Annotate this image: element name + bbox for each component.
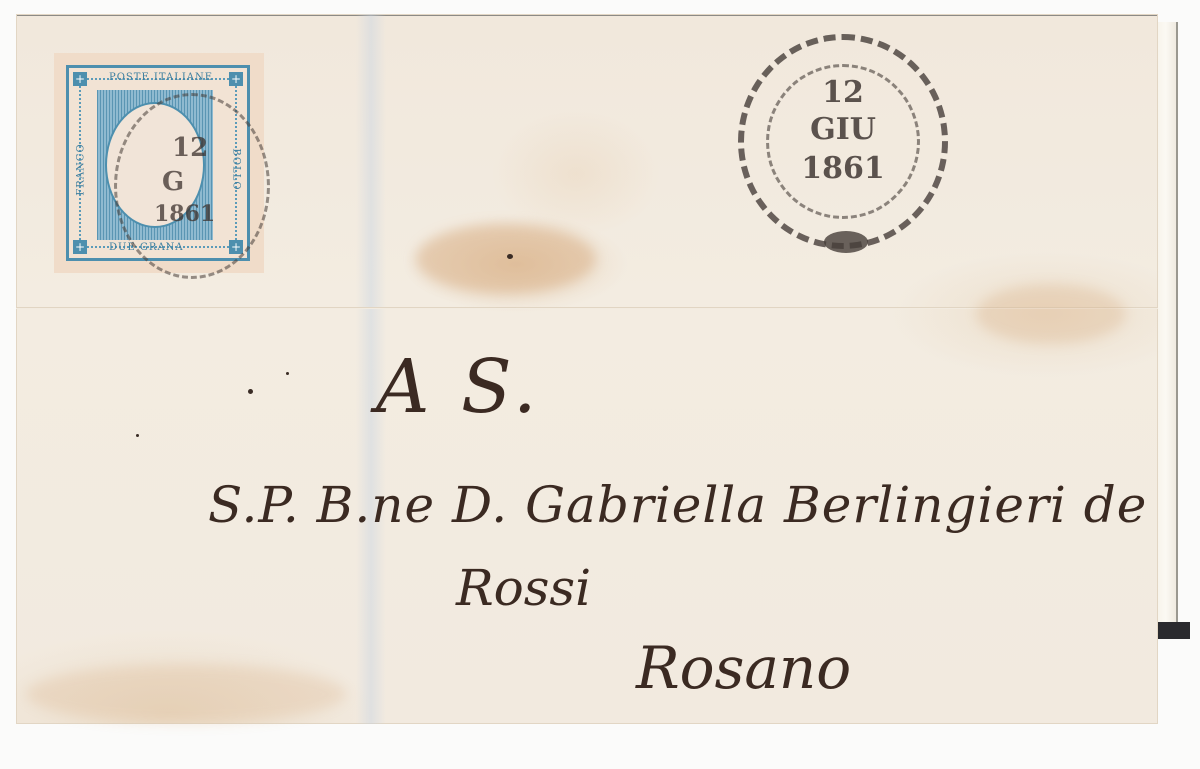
- postmark-year: 1861: [744, 154, 942, 184]
- address-surname: Rossi: [456, 559, 591, 617]
- foxing-stain: [976, 284, 1126, 344]
- cancel-month: G: [162, 167, 184, 197]
- ink-speck: [136, 434, 139, 437]
- stamp-top-text: POSTE ITALIANE: [109, 72, 213, 83]
- address-salutation: A S.: [376, 344, 541, 430]
- stamp-left-text: FRANCO: [76, 143, 87, 195]
- cancel-day: 12: [172, 133, 208, 163]
- foxing-stain: [416, 224, 596, 294]
- cross-icon: +: [229, 72, 243, 86]
- postage-stamp: + + + + POSTE ITALIANE FRANCO BOLLO DUE …: [54, 53, 264, 273]
- date-postmark: 12 GIU 1861: [738, 34, 948, 249]
- address-town: Rosano: [636, 634, 851, 702]
- stamp-cancellation-ring: [114, 93, 270, 279]
- ink-speck: [286, 372, 289, 375]
- cancel-year: 1861: [154, 201, 215, 227]
- cross-icon: +: [73, 240, 87, 254]
- postmark-ornament-icon: [824, 231, 868, 253]
- address-recipient: S.P. B.ne D. Gabriella Berlingieri de: [208, 476, 1147, 534]
- foxing-stain: [26, 664, 346, 724]
- ink-speck: [507, 254, 513, 259]
- postmark-month: GIU: [744, 115, 942, 145]
- postmark-day: 12: [744, 78, 942, 108]
- cross-icon: +: [73, 72, 87, 86]
- ink-speck: [248, 389, 253, 394]
